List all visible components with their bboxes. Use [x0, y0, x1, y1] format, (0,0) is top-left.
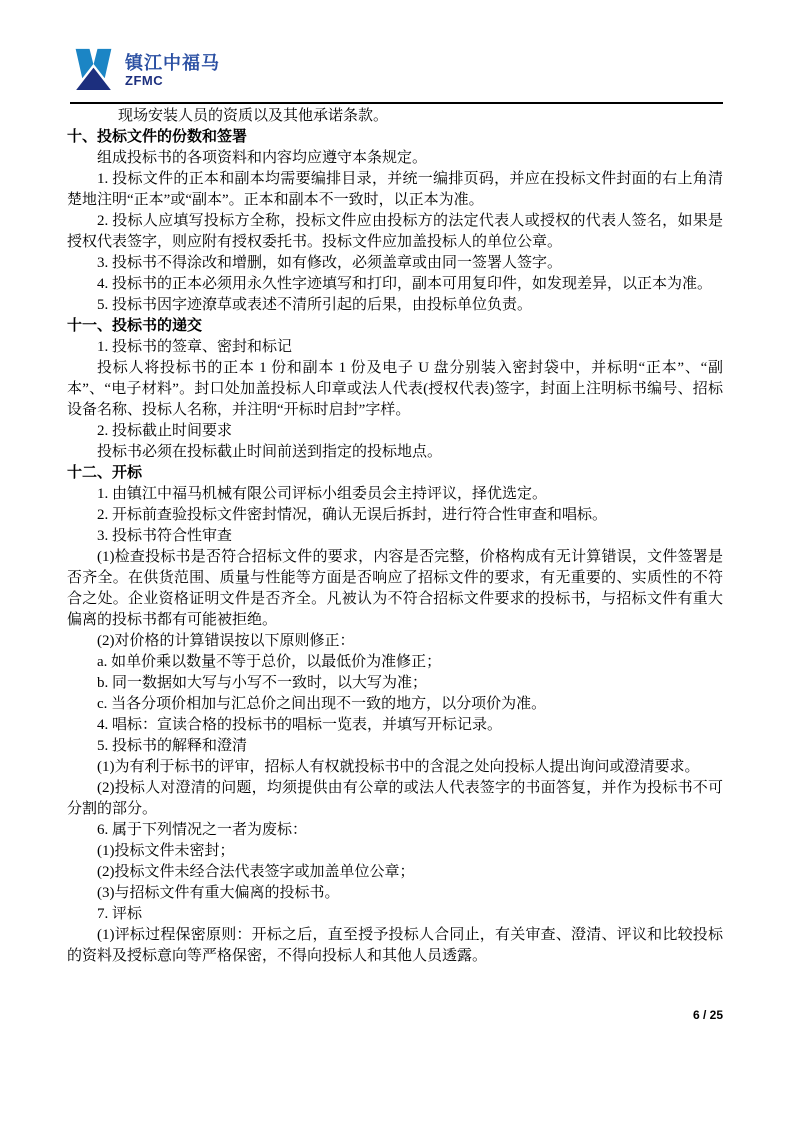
company-name: 镇江中福马 [125, 53, 220, 73]
page-header: 镇江中福马 ZFMC [70, 46, 722, 104]
section-heading: 十一、投标书的递交 [67, 316, 723, 337]
paragraph: c. 当各分项价相加与汇总价之间出现不一致的地方，以分项价为准。 [67, 694, 723, 715]
paragraph: (2)投标文件未经合法代表签字或加盖单位公章； [67, 862, 723, 883]
paragraph: 3. 投标书不得涂改和增删，如有修改，必须盖章或由同一签署人签字。 [67, 253, 723, 274]
paragraph: (1)投标文件未密封； [67, 841, 723, 862]
paragraph: 6. 属于下列情况之一者为废标： [67, 820, 723, 841]
paragraph: 4. 唱标：宣读合格的投标书的唱标一览表，并填写开标记录。 [67, 715, 723, 736]
page-footer: 6 / 25 [693, 1006, 723, 1024]
paragraph: 7. 评标 [67, 904, 723, 925]
logo-text-block: 镇江中福马 ZFMC [125, 46, 220, 88]
paragraph: (1)检查投标书是否符合招标文件的要求，内容是否完整，价格构成有无计算错误，文件… [67, 547, 723, 631]
mountain-logo-icon [70, 46, 117, 93]
page-number: 6 / 25 [693, 1008, 723, 1022]
paragraph: 现场安装人员的资质以及其他承诺条款。 [67, 106, 723, 127]
paragraph: b. 同一数据如大写与小写不一致时，以大写为准； [67, 673, 723, 694]
paragraph: 组成投标书的各项资料和内容均应遵守本条规定。 [67, 148, 723, 169]
paragraph: 1. 由镇江中福马机械有限公司评标小组委员会主持评议，择优选定。 [67, 484, 723, 505]
company-logo: 镇江中福马 ZFMC [70, 46, 722, 93]
paragraph: 1. 投标文件的正本和副本均需要编排目录，并统一编排页码，并应在投标文件封面的右… [67, 169, 723, 211]
paragraph: 2. 投标截止时间要求 [67, 421, 723, 442]
paragraph: 5. 投标书因字迹潦草或表述不清所引起的后果，由投标单位负责。 [67, 295, 723, 316]
document-page: 镇江中福马 ZFMC 现场安装人员的资质以及其他承诺条款。十、投标文件的份数和签… [0, 0, 793, 1122]
paragraph: 3. 投标书符合性审查 [67, 526, 723, 547]
paragraph: 2. 开标前查验投标文件密封情况，确认无误后拆封，进行符合性审查和唱标。 [67, 505, 723, 526]
section-heading: 十二、开标 [67, 463, 723, 484]
paragraph: (2)对价格的计算错误按以下原则修正： [67, 631, 723, 652]
header-divider [70, 102, 723, 104]
paragraph: 1. 投标书的签章、密封和标记 [67, 337, 723, 358]
document-body: 现场安装人员的资质以及其他承诺条款。十、投标文件的份数和签署组成投标书的各项资料… [67, 106, 723, 967]
company-abbreviation: ZFMC [125, 73, 220, 88]
paragraph: (1)评标过程保密原则：开标之后，直至授予投标人合同止，有关审查、澄清、评议和比… [67, 925, 723, 967]
paragraph: 2. 投标人应填写投标方全称，投标文件应由投标方的法定代表人或授权的代表人签名，… [67, 211, 723, 253]
paragraph: 4. 投标书的正本必须用永久性字迹填写和打印，副本可用复印件，如发现差异，以正本… [67, 274, 723, 295]
paragraph: (2)投标人对澄清的问题，均须提供由有公章的或法人代表签字的书面答复，并作为投标… [67, 778, 723, 820]
paragraph: 投标人将投标书的正本 1 份和副本 1 份及电子 U 盘分别装入密封袋中，并标明… [67, 358, 723, 421]
section-heading: 十、投标文件的份数和签署 [67, 127, 723, 148]
paragraph: 投标书必须在投标截止时间前送到指定的投标地点。 [67, 442, 723, 463]
paragraph: (1)为有利于标书的评审，招标人有权就投标书中的含混之处向投标人提出询问或澄清要… [67, 757, 723, 778]
paragraph: (3)与招标文件有重大偏离的投标书。 [67, 883, 723, 904]
paragraph: a. 如单价乘以数量不等于总价，以最低价为准修正； [67, 652, 723, 673]
paragraph: 5. 投标书的解释和澄清 [67, 736, 723, 757]
